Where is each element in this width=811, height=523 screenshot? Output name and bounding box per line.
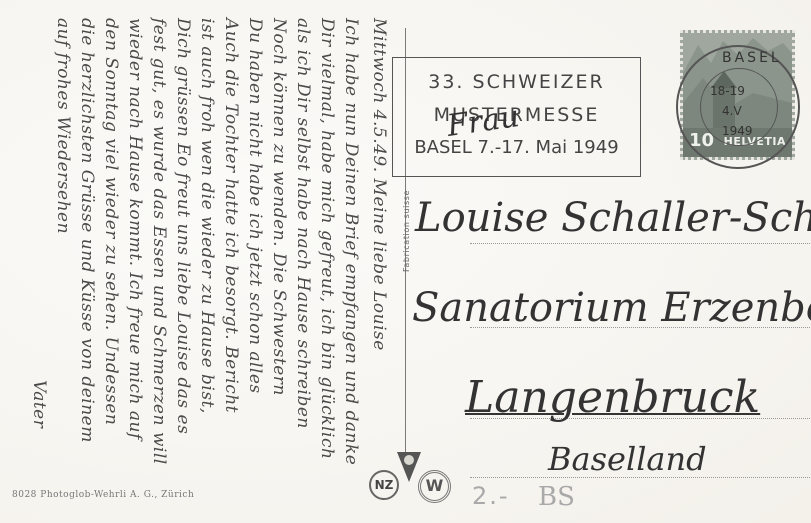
recipient-institution: Sanatorium Erzenberg	[412, 285, 811, 331]
message-line: den Sonntag viel wieder zu sehen. Undess…	[102, 18, 119, 425]
message-line: wieder nach Hause kommt. Ich freue mich …	[126, 18, 143, 440]
message-line: Auch die Tochter hatte ich besorgt. Beri…	[222, 18, 239, 413]
message-line: ist auch froh wen die wieder zu Hause bi…	[198, 18, 215, 414]
w-logo-icon: W	[418, 470, 451, 503]
v-logo-dot	[404, 455, 414, 465]
pencil-price-note: 2.-	[472, 482, 510, 510]
publisher-imprint: 8028 Photoglob-Wehrli A. G., Zürich	[12, 490, 194, 500]
message-line: Dir vielmal, habe mich gefreut, ich bin …	[318, 18, 335, 459]
postcard-back: Mittwoch 4.5.49. Meine liebe Louise Ich …	[0, 0, 811, 523]
message-line: Ich habe nun Deinen Brief empfangen und …	[342, 18, 359, 465]
address-rule	[470, 243, 810, 244]
recipient-city: Langenbruck	[465, 372, 760, 423]
message-line: als ich Dir selbst habe nach Hause schre…	[294, 18, 311, 429]
postmark-time: 18-19	[710, 84, 745, 98]
message-line: Noch können zu wenden. Die Schwestern	[270, 18, 287, 396]
recipient-name: Louise Schaller-Schaad	[415, 195, 811, 241]
postmark-date: 4.V	[722, 104, 742, 118]
message-line: Du haben nicht habe ich jetzt schon alle…	[246, 18, 263, 394]
message-line: die herzlichsten Grüsse und Küsse von de…	[78, 18, 95, 443]
slogan-line-3: BASEL 7.-17. Mai 1949	[393, 137, 640, 158]
postmark-city: BASEL	[722, 50, 782, 66]
message-line: fest gut, es wurde das Essen und Schmerz…	[150, 18, 167, 465]
message-line: Mittwoch 4.5.49. Meine liebe Louise	[370, 18, 387, 351]
message-line: auf frohes Wiedersehen	[54, 18, 71, 234]
slogan-line-1: 33. SCHWEIZER	[393, 71, 640, 93]
fabrication-label: Fabrication suisse	[402, 190, 411, 272]
message-line: Dich grüssen Eo freut uns liebe Louise d…	[174, 18, 191, 434]
pencil-code-note: BS	[538, 482, 575, 512]
message-signature: Vater	[30, 380, 47, 428]
recipient-canton: Baselland	[548, 440, 707, 478]
nz-logo-icon: NZ	[369, 470, 399, 500]
handwritten-message: Mittwoch 4.5.49. Meine liebe Louise Ich …	[0, 0, 400, 510]
postmark-year: 1949	[722, 124, 753, 138]
